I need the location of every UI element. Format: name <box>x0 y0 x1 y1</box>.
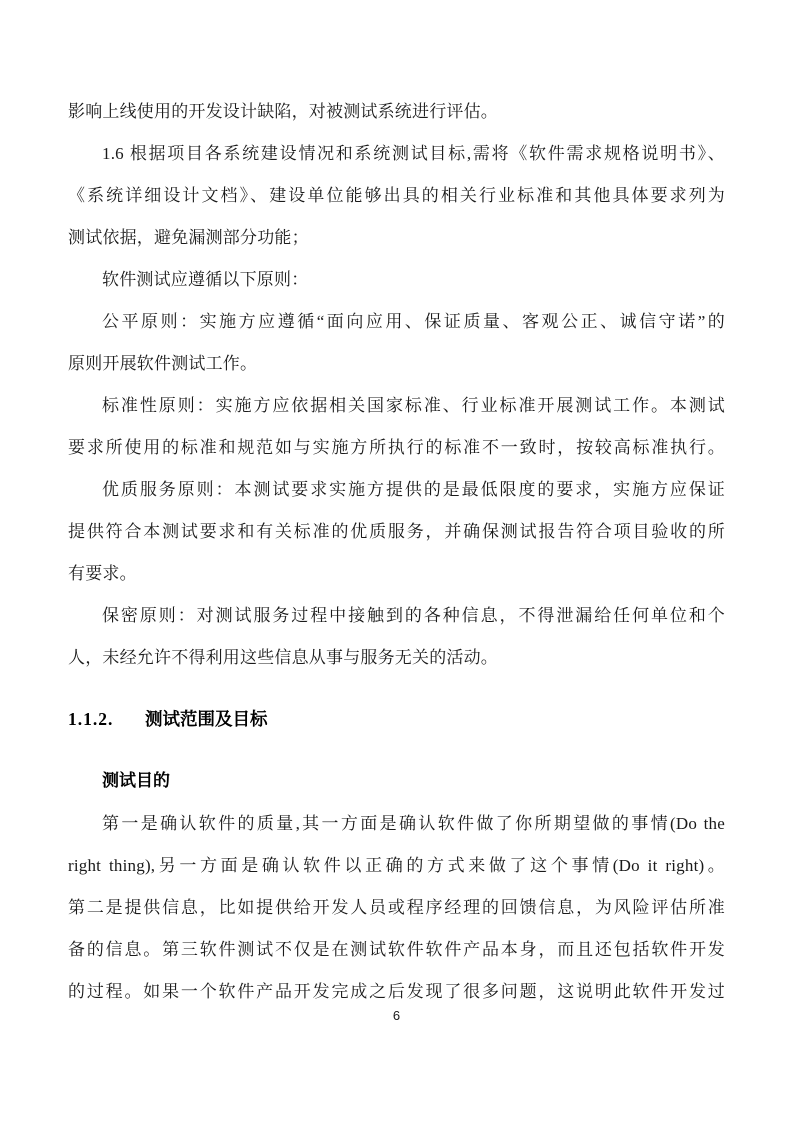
text-line: 提供符合本测试要求和有关标准的优质服务，并确保测试报告符合项目验收的所 <box>68 511 725 553</box>
paragraph: 公平原则：实施方应遵循“面向应用、保证质量、客观公正、诚信守诺”的原则开展软件测… <box>68 301 725 385</box>
text-line: 公平原则：实施方应遵循“面向应用、保证质量、客观公正、诚信守诺”的 <box>68 301 725 343</box>
section-heading: 1.1.2.测试范围及目标 <box>68 698 725 740</box>
text-line: 要求所使用的标准和规范如与实施方所执行的标准不一致时，按较高标准执行。 <box>68 427 725 469</box>
paragraph: 标准性原则：实施方应依据相关国家标准、行业标准开展测试工作。本测试要求所使用的标… <box>68 385 725 469</box>
document-page: 影响上线使用的开发设计缺陷，对被测试系统进行评估。1.6 根据项目各系统建设情况… <box>0 0 793 1122</box>
text-line: 保密原则：对测试服务过程中接触到的各种信息，不得泄漏给任何单位和个 <box>68 595 725 637</box>
text-line: 测试依据，避免漏测部分功能； <box>68 217 725 259</box>
page-number: 6 <box>0 1006 793 1026</box>
text-line: 第一是确认软件的质量,其一方面是确认软件做了你所期望做的事情(Do the <box>68 803 725 845</box>
document-body: 影响上线使用的开发设计缺陷，对被测试系统进行评估。1.6 根据项目各系统建设情况… <box>68 91 725 1013</box>
paragraph: 优质服务原则：本测试要求实施方提供的是最低限度的要求，实施方应保证提供符合本测试… <box>68 469 725 595</box>
text-line: 优质服务原则：本测试要求实施方提供的是最低限度的要求，实施方应保证 <box>68 469 725 511</box>
text-line: 1.6 根据项目各系统建设情况和系统测试目标,需将《软件需求规格说明书》、 <box>68 133 725 175</box>
paragraph: 软件测试应遵循以下原则： <box>68 259 725 301</box>
text-line: 有要求。 <box>68 553 725 595</box>
paragraph: 第一是确认软件的质量,其一方面是确认软件做了你所期望做的事情(Do therig… <box>68 803 725 1013</box>
text-line: 影响上线使用的开发设计缺陷，对被测试系统进行评估。 <box>68 91 725 133</box>
text-line: 标准性原则：实施方应依据相关国家标准、行业标准开展测试工作。本测试 <box>68 385 725 427</box>
text-line: 人，未经允许不得利用这些信息从事与服务无关的活动。 <box>68 637 725 679</box>
text-line: 备的信息。第三软件测试不仅是在测试软件软件产品本身，而且还包括软件开发 <box>68 929 725 971</box>
text-line: 原则开展软件测试工作。 <box>68 343 725 385</box>
paragraph: 1.6 根据项目各系统建设情况和系统测试目标,需将《软件需求规格说明书》、《系统… <box>68 133 725 259</box>
text-line: 第二是提供信息，比如提供给开发人员或程序经理的回馈信息，为风险评估所准 <box>68 887 725 929</box>
paragraph: 影响上线使用的开发设计缺陷，对被测试系统进行评估。 <box>68 91 725 133</box>
section-number: 1.1.2. <box>68 698 145 740</box>
text-line: right thing),另一方面是确认软件以正确的方式来做了这个事情(Do i… <box>68 845 725 887</box>
section-title: 测试范围及目标 <box>145 709 268 729</box>
text-line: 软件测试应遵循以下原则： <box>68 259 725 301</box>
paragraph: 保密原则：对测试服务过程中接触到的各种信息，不得泄漏给任何单位和个人，未经允许不… <box>68 595 725 679</box>
subsection-heading: 测试目的 <box>68 760 725 802</box>
text-line: 《系统详细设计文档》、建设单位能够出具的相关行业标准和其他具体要求列为 <box>68 175 725 217</box>
